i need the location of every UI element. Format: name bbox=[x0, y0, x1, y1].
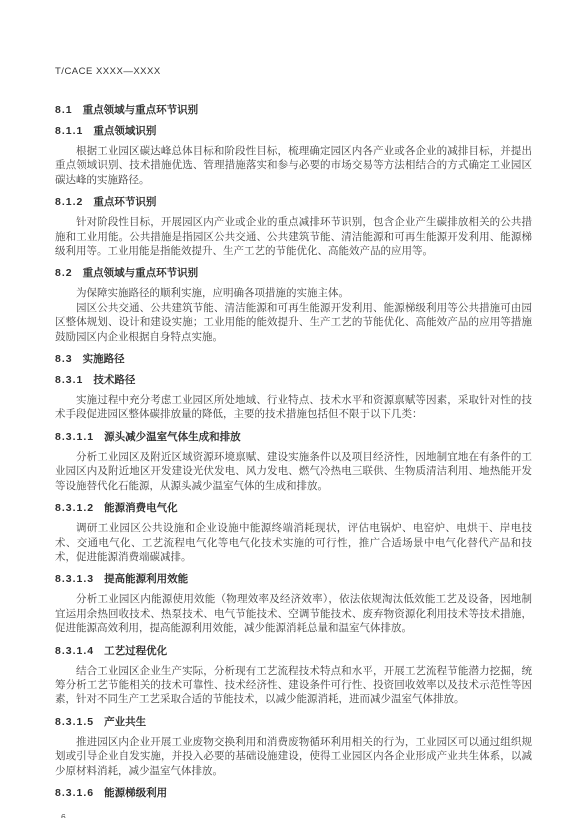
section-number: 8.2 bbox=[55, 267, 73, 280]
section-number: 8.3.1.3 bbox=[55, 573, 94, 586]
section-title: 源头减少温室气体生成和排放 bbox=[104, 431, 241, 443]
paragraph: 实施过程中充分考虑工业园区所处地域、行业特点、技术水平和资源禀赋等因素，采取针对… bbox=[55, 394, 532, 423]
section-heading-8-3: 8.3实施路径 bbox=[55, 353, 532, 366]
paragraph: 分析工业园区内能源使用效能（物理效率及经济效率），依法依规淘汰低效能工艺及设备，… bbox=[55, 593, 532, 636]
section-title: 实施路径 bbox=[83, 353, 125, 365]
section-title: 能源消费电气化 bbox=[104, 502, 178, 514]
section-number: 8.3.1.6 bbox=[55, 787, 94, 800]
section-title: 工艺过程优化 bbox=[104, 645, 167, 657]
section-number: 8.3 bbox=[55, 353, 73, 366]
section-title: 能源梯级利用 bbox=[104, 787, 167, 799]
section-heading-8-1: 8.1重点领域与重点环节识别 bbox=[55, 104, 532, 117]
section-title: 提高能源利用效能 bbox=[104, 573, 188, 585]
section-number: 8.3.1.5 bbox=[55, 716, 94, 729]
paragraph: 调研工业园区公共设施和企业设施中能源终端消耗现状，评估电锅炉、电窑炉、电烘干、岸… bbox=[55, 522, 532, 565]
section-number: 8.1 bbox=[55, 104, 73, 117]
section-title: 重点领域与重点环节识别 bbox=[83, 104, 199, 116]
section-heading-8-3-1: 8.3.1技术路径 bbox=[55, 374, 532, 387]
paragraph: 推进园区内企业开展工业废物交换利用和消费废物循环利用相关的行为，工业园区可以通过… bbox=[55, 736, 532, 779]
section-title: 重点领域与重点环节识别 bbox=[83, 267, 199, 279]
section-heading-8-1-1: 8.1.1重点领域识别 bbox=[55, 125, 532, 138]
section-number: 8.3.1.1 bbox=[55, 431, 94, 444]
page-number: 6 bbox=[61, 812, 532, 818]
section-title: 技术路径 bbox=[93, 374, 135, 386]
paragraph: 分析工业园区及附近区域资源环境禀赋、建设实施条件以及项目经济性，因地制宜地在有条… bbox=[55, 451, 532, 494]
section-number: 8.3.1.4 bbox=[55, 645, 94, 658]
paragraph: 根据工业园区碳达峰总体目标和阶段性目标，梳理确定园区内各产业或各企业的减排目标，… bbox=[55, 145, 532, 188]
section-number: 8.1.2 bbox=[55, 196, 83, 209]
section-heading-8-2: 8.2重点领域与重点环节识别 bbox=[55, 267, 532, 280]
section-number: 8.3.1.2 bbox=[55, 502, 94, 515]
document-body: 8.1重点领域与重点环节识别 8.1.1重点领域识别 根据工业园区碳达峰总体目标… bbox=[55, 104, 532, 818]
section-title: 产业共生 bbox=[104, 716, 146, 728]
paragraph: 为保障实施路径的顺利实施，应明确各项措施的实施主体。 bbox=[55, 287, 532, 301]
section-heading-8-3-1-2: 8.3.1.2能源消费电气化 bbox=[55, 502, 532, 515]
section-heading-8-3-1-4: 8.3.1.4工艺过程优化 bbox=[55, 645, 532, 658]
section-title: 重点领域识别 bbox=[93, 125, 156, 137]
section-heading-8-3-1-3: 8.3.1.3提高能源利用效能 bbox=[55, 573, 532, 586]
section-number: 8.3.1 bbox=[55, 374, 83, 387]
paragraph: 园区公共交通、公共建筑节能、清洁能源和可再生能源开发利用、能源梯级利用等公共措施… bbox=[55, 302, 532, 345]
section-number: 8.1.1 bbox=[55, 125, 83, 138]
document-code: T/CACE XXXX—XXXX bbox=[55, 66, 532, 77]
section-heading-8-3-1-1: 8.3.1.1源头减少温室气体生成和排放 bbox=[55, 431, 532, 444]
section-heading-8-3-1-5: 8.3.1.5产业共生 bbox=[55, 716, 532, 729]
section-heading-8-3-1-6: 8.3.1.6能源梯级利用 bbox=[55, 787, 532, 800]
paragraph: 针对阶段性目标，开展园区内产业或企业的重点减排环节识别，包含企业产生碳排放相关的… bbox=[55, 216, 532, 259]
paragraph: 结合工业园区企业生产实际，分析现有工艺流程技术特点和水平，开展工艺流程节能潜力挖… bbox=[55, 665, 532, 708]
section-heading-8-1-2: 8.1.2重点环节识别 bbox=[55, 196, 532, 209]
document-page: T/CACE XXXX—XXXX 8.1重点领域与重点环节识别 8.1.1重点领… bbox=[0, 0, 578, 818]
section-title: 重点环节识别 bbox=[93, 196, 156, 208]
